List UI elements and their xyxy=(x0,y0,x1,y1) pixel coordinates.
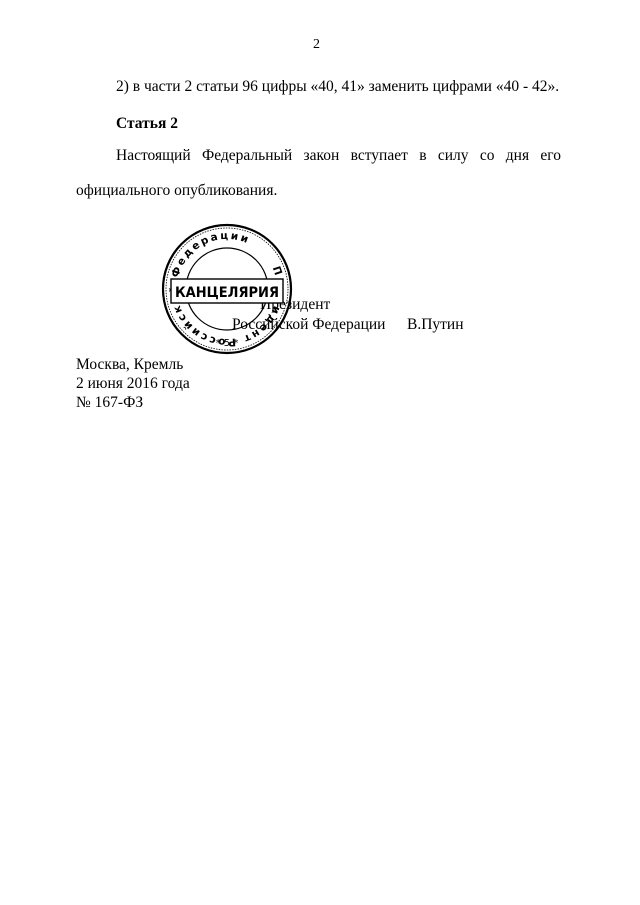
stamp-bottom-text: * 5 * xyxy=(216,338,239,349)
page-number: 2 xyxy=(313,37,320,53)
official-stamp-icon: Президент Российской Федерации * 5 * КАН… xyxy=(160,222,294,356)
law-number: № 167-ФЗ xyxy=(76,394,143,412)
stamp-center-text: КАНЦЕЛЯРИЯ xyxy=(175,285,279,301)
amendment-item-2: 2) в части 2 статьи 96 цифры «40, 41» за… xyxy=(116,78,559,96)
article-paragraph-line1: Настоящий Федеральный закон вступает в с… xyxy=(116,147,561,165)
signing-place: Москва, Кремль xyxy=(76,356,183,374)
signatory-name: В.Путин xyxy=(407,316,464,334)
article-heading: Статья 2 xyxy=(116,115,178,133)
article-paragraph-line2: официального опубликования. xyxy=(76,182,277,200)
signing-date: 2 июня 2016 года xyxy=(76,375,190,393)
